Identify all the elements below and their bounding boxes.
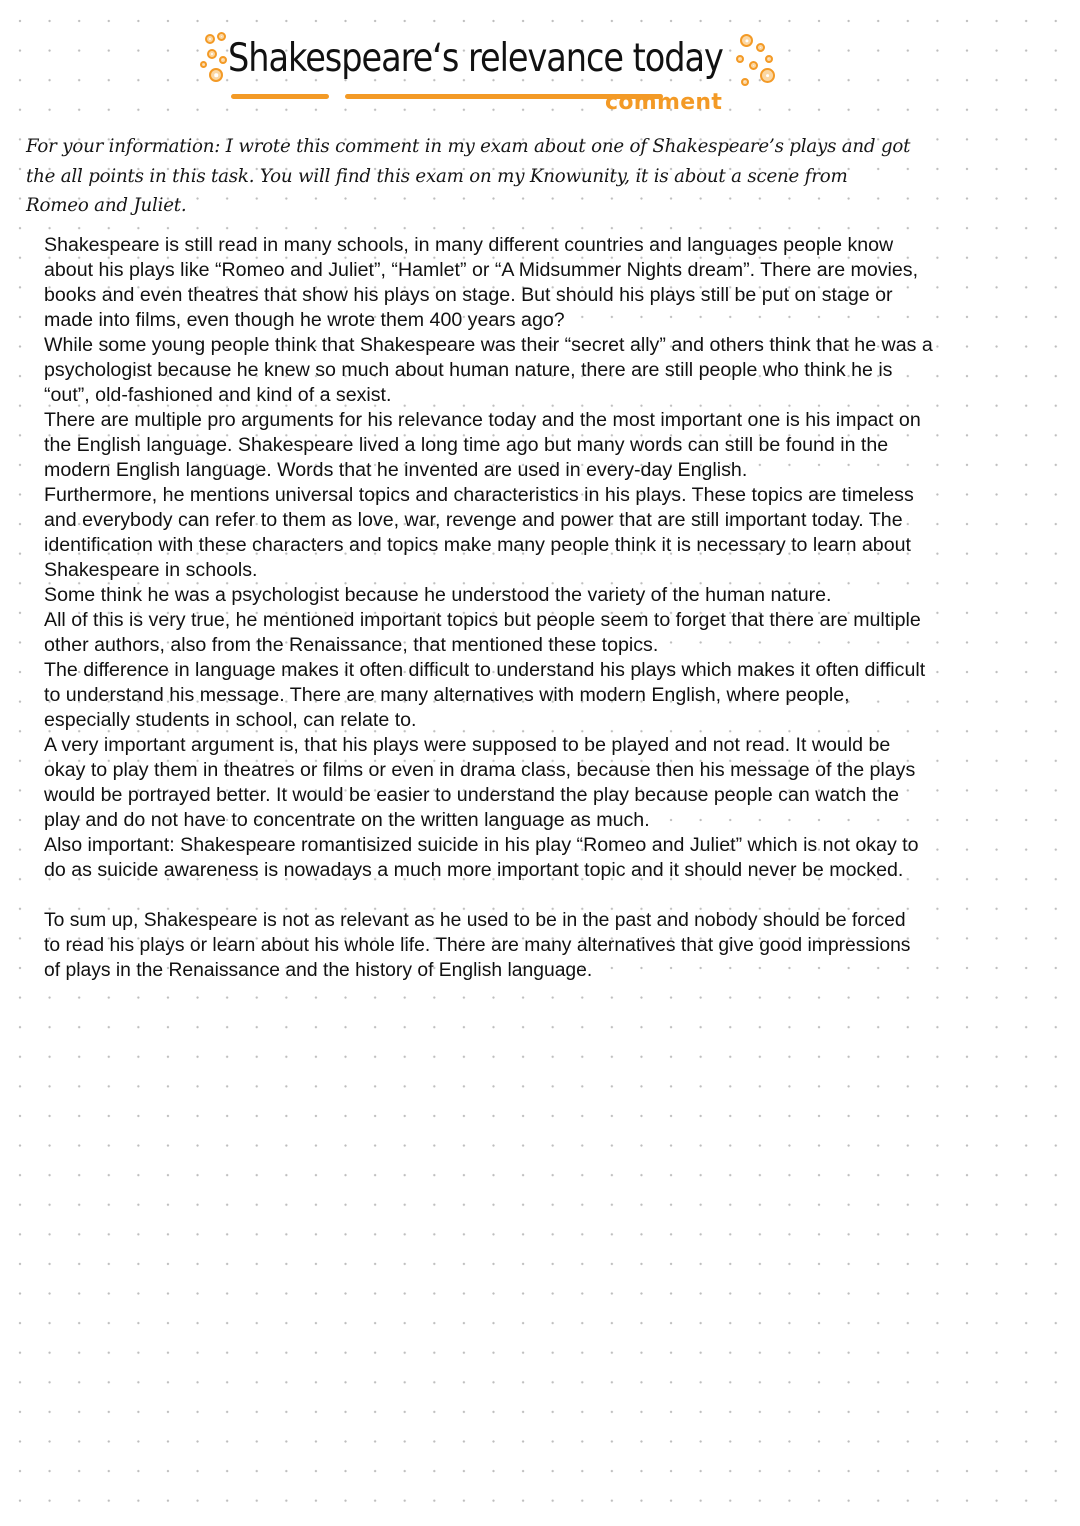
essay-paragraph-universal-topics: Furthermore, he mentions universal topic… [44, 483, 1044, 583]
dotted-paper-page: Shakespeare‘s relevance today comment Fo… [0, 0, 1080, 1526]
essay-line: There are multiple pro arguments for his… [44, 408, 1044, 433]
essay-paragraph-opinions: While some young people think that Shake… [44, 333, 1044, 408]
title-block: Shakespeare‘s relevance today comment [200, 28, 780, 128]
essay-line: Furthermore, he mentions universal topic… [44, 483, 1044, 508]
essay-line: to understand his message. There are man… [44, 683, 1044, 708]
essay-line: Also important: Shakespeare romantisized… [44, 833, 1044, 858]
title-underline-left [231, 94, 329, 99]
essay-line: The difference in language makes it ofte… [44, 658, 1044, 683]
essay-paragraph-conclusion: To sum up, Shakespeare is not as relevan… [44, 908, 1044, 983]
intro-note-line: For your information: I wrote this comme… [26, 132, 1056, 162]
essay-line: While some young people think that Shake… [44, 333, 1044, 358]
decorative-bubbles-icon-right [728, 34, 778, 94]
essay-line: other authors, also from the Renaissance… [44, 633, 1044, 658]
essay-line: play and do not have to concentrate on t… [44, 808, 1044, 833]
intro-note: For your information: I wrote this comme… [26, 132, 1056, 221]
essay-line: to read his plays or learn about his who… [44, 933, 1029, 958]
page-subtitle: comment [605, 90, 722, 115]
essay-paragraph-introduction: Shakespeare is still read in many school… [44, 233, 1044, 333]
essay-line: do as suicide awareness is nowadays a mu… [44, 858, 1044, 883]
essay-line: To sum up, Shakespeare is not as relevan… [44, 908, 1029, 933]
essay-line: identification with these characters and… [44, 533, 1044, 558]
essay-paragraph-suicide-awareness: Also important: Shakespeare romantisized… [44, 833, 1044, 883]
essay-line: would be portrayed better. It would be e… [44, 783, 1044, 808]
essay-line: made into films, even though he wrote th… [44, 308, 1044, 333]
essay-line: A very important argument is, that his p… [44, 733, 1044, 758]
intro-note-line: the all points in this task. You will fi… [26, 162, 1056, 192]
essay-line: the English language. Shakespeare lived … [44, 433, 1044, 458]
essay-body: Shakespeare is still read in many school… [44, 233, 1044, 983]
paragraph-spacer [44, 883, 1044, 908]
intro-note-line: Romeo and Juliet. [26, 191, 1056, 221]
essay-line: about his plays like “Romeo and Juliet”,… [44, 258, 1044, 283]
essay-line: All of this is very true, he mentioned i… [44, 608, 1044, 633]
essay-line: books and even theatres that show his pl… [44, 283, 1044, 308]
essay-line: “out”, old-fashioned and kind of a sexis… [44, 383, 1044, 408]
essay-paragraph-psychologist: Some think he was a psychologist because… [44, 583, 1044, 608]
essay-line: especially students in school, can relat… [44, 708, 1044, 733]
decorative-bubbles-icon-left [200, 34, 230, 94]
essay-paragraph-language-impact: There are multiple pro arguments for his… [44, 408, 1044, 483]
essay-line: okay to play them in theatres or films o… [44, 758, 1044, 783]
essay-paragraph-other-authors: All of this is very true, he mentioned i… [44, 608, 1044, 658]
essay-line: Shakespeare in schools. [44, 558, 1044, 583]
essay-line: Some think he was a psychologist because… [44, 583, 1044, 608]
essay-line: modern English language. Words that he i… [44, 458, 1044, 483]
essay-line: and everybody can refer to them as love,… [44, 508, 1044, 533]
essay-paragraph-language-difficulty: The difference in language makes it ofte… [44, 658, 1044, 733]
essay-line: of plays in the Renaissance and the hist… [44, 958, 1029, 983]
page-title: Shakespeare‘s relevance today [228, 34, 723, 84]
essay-line: Shakespeare is still read in many school… [44, 233, 1044, 258]
essay-paragraph-performance: A very important argument is, that his p… [44, 733, 1044, 833]
essay-line: psychologist because he knew so much abo… [44, 358, 1044, 383]
